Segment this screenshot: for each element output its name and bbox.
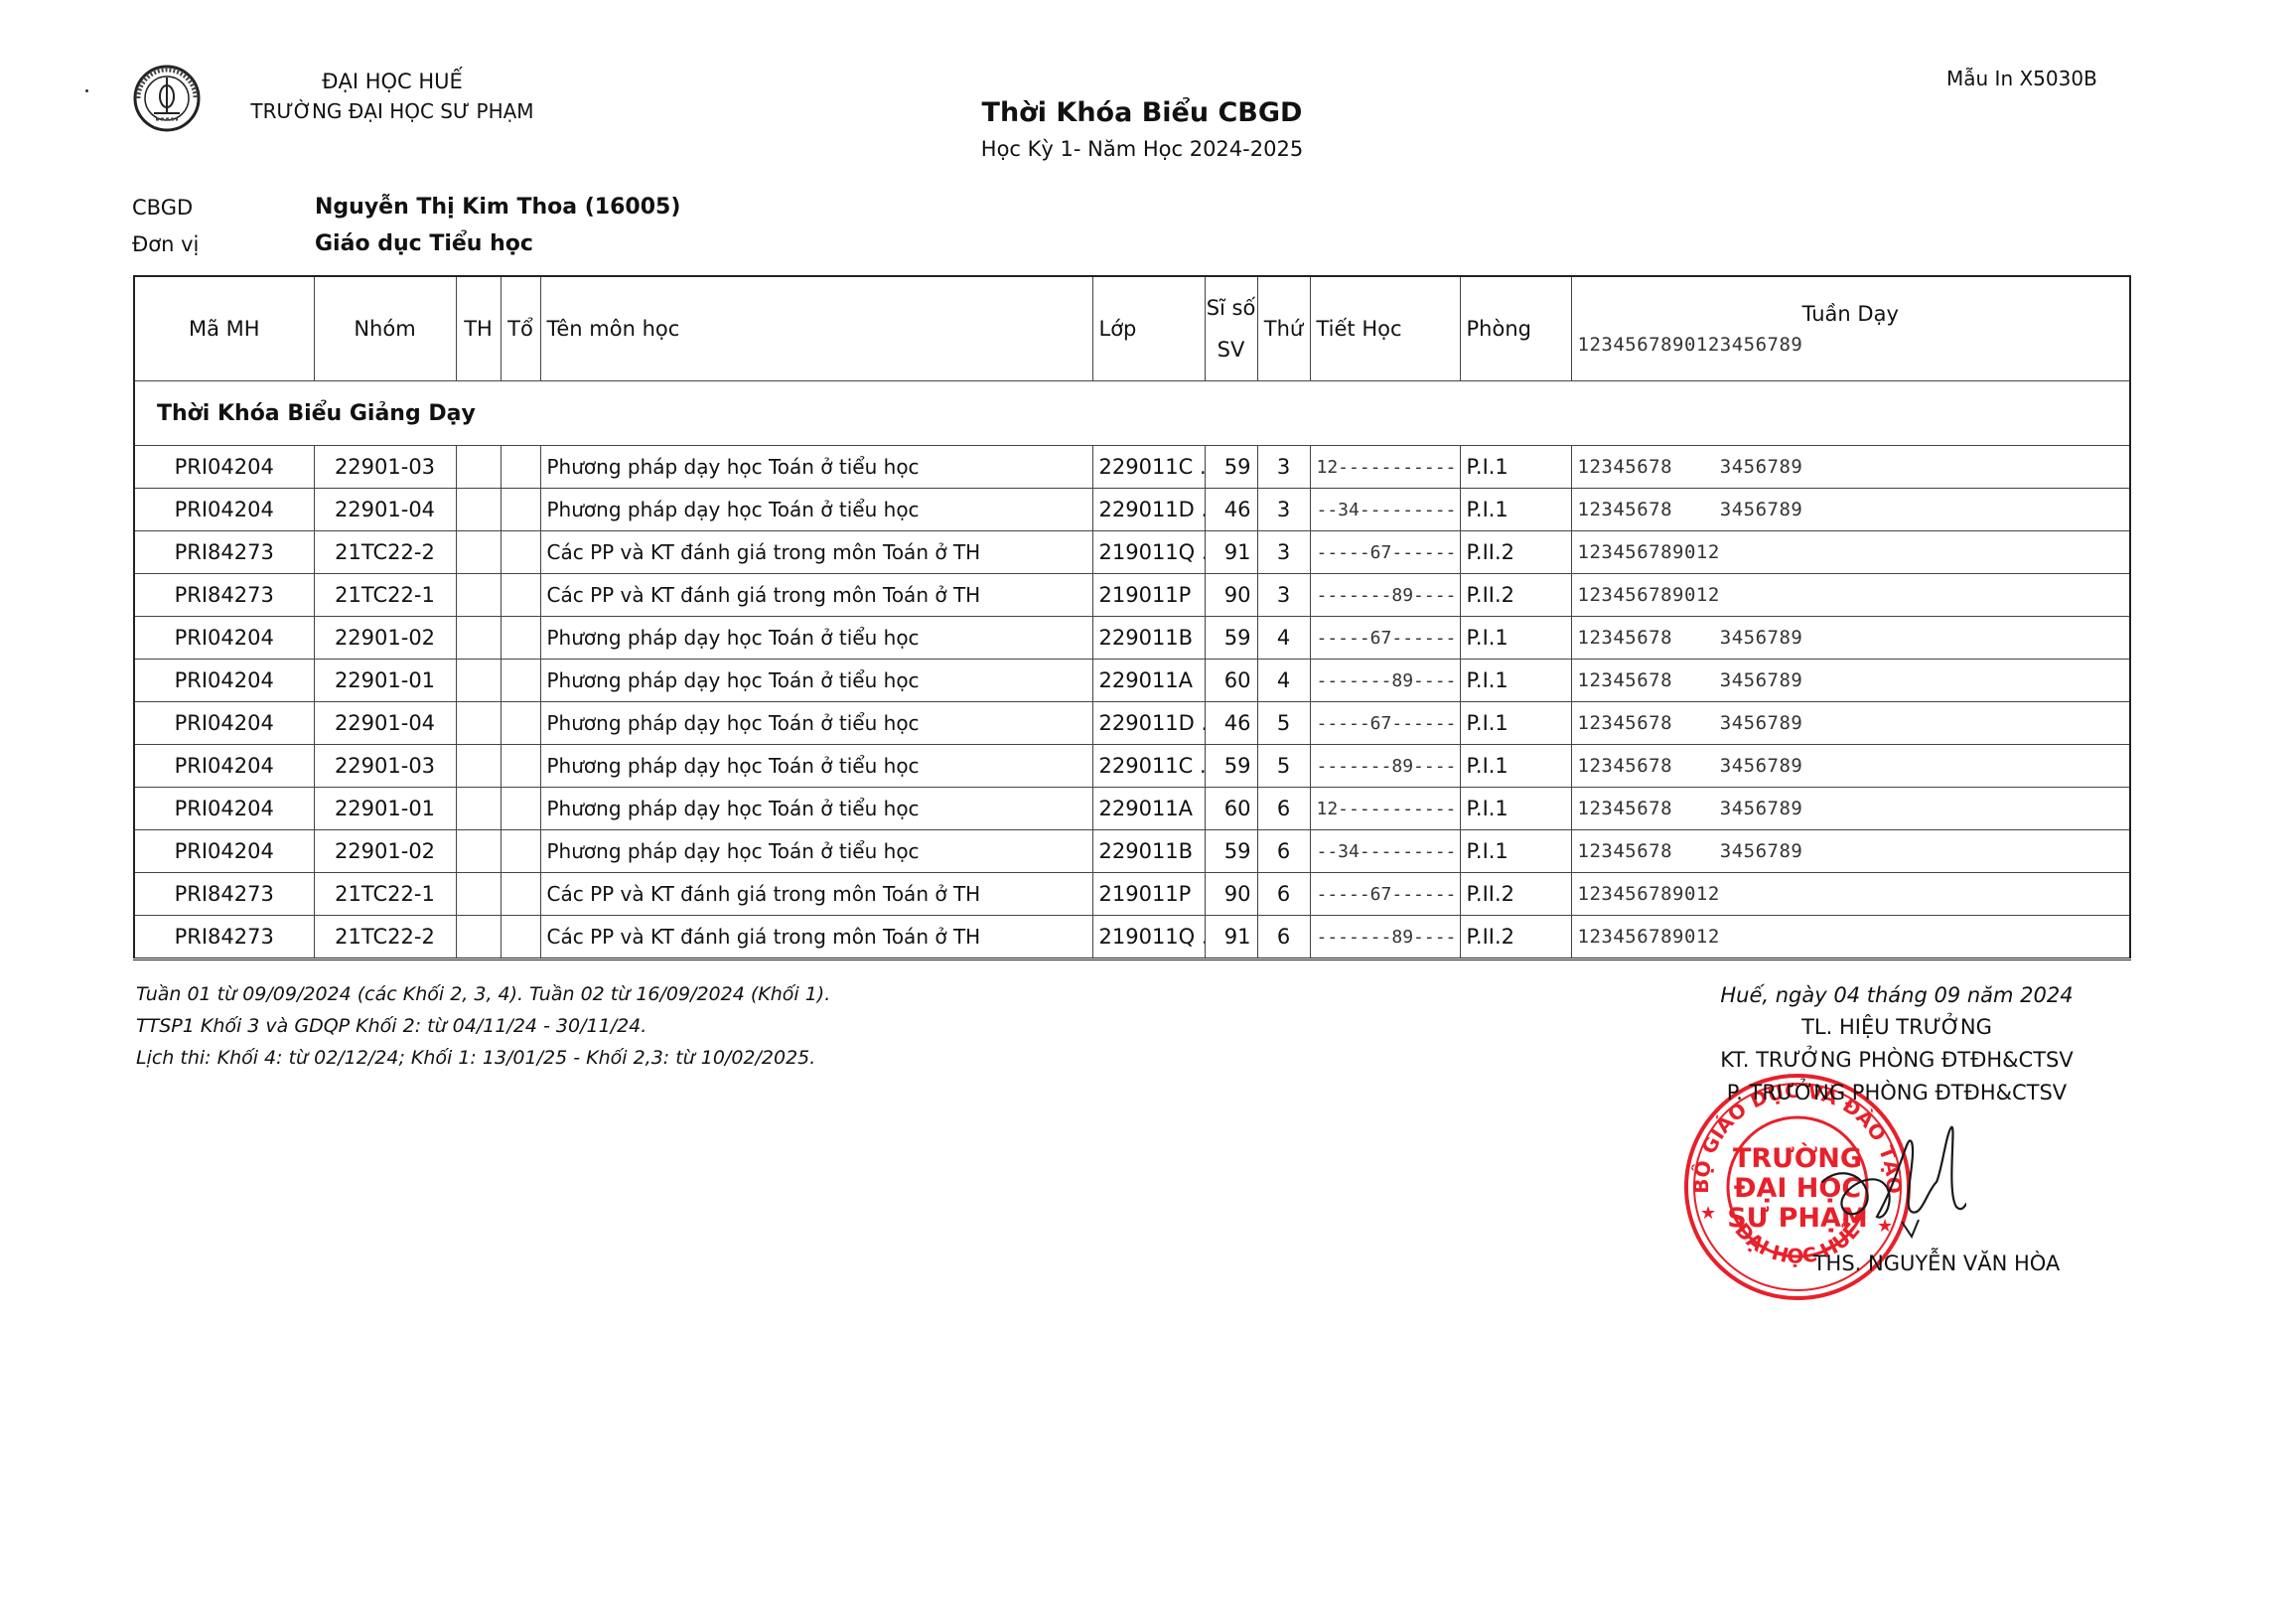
row-th [456,489,501,531]
lecturer-label: CBGD [132,196,193,220]
row-periods: --34--------- [1310,489,1460,531]
row-code: PRI04204 [134,830,314,873]
row-day: 5 [1257,702,1310,745]
row-weeks: 12345678 3456789 [1571,660,2130,702]
row-group: 21TC22-1 [314,873,456,916]
row-code: PRI84273 [134,873,314,916]
section-row: Thời Khóa Biểu Giảng Dạy [134,381,2130,446]
row-class: 229011D ... [1092,489,1205,531]
row-to [501,660,540,702]
row-day: 3 [1257,446,1310,489]
row-code: PRI84273 [134,574,314,617]
row-room: P.II.2 [1460,916,1571,959]
row-day: 3 [1257,489,1310,531]
row-periods: -------89---- [1310,660,1460,702]
row-th [456,531,501,574]
row-to [501,489,540,531]
table-row: PRI0420422901-04Phương pháp dạy học Toán… [134,702,2130,745]
row-th [456,617,501,660]
row-day: 6 [1257,830,1310,873]
row-day: 6 [1257,873,1310,916]
row-room: P.I.1 [1460,702,1571,745]
row-size: 46 [1205,489,1257,531]
col-header-size: Sĩ số SV [1205,276,1257,381]
row-weeks: 12345678 3456789 [1571,489,2130,531]
row-th [456,574,501,617]
university-seal-icon [132,64,202,133]
row-code: PRI04204 [134,446,314,489]
row-subject: Phương pháp dạy học Toán ở tiểu học [540,446,1092,489]
row-room: P.I.1 [1460,489,1571,531]
row-weeks: 12345678 3456789 [1571,617,2130,660]
row-weeks: 12345678 3456789 [1571,830,2130,873]
col-header-to: Tổ [501,276,540,381]
sign-place-date: Huế, ngày 04 tháng 09 năm 2024 [1688,983,2105,1007]
row-periods: -------89---- [1310,745,1460,788]
col-header-periods: Tiết Học [1310,276,1460,381]
note-line-2: TTSP1 Khối 3 và GDQP Khối 2: từ 04/11/24… [136,1015,646,1037]
row-subject: Phương pháp dạy học Toán ở tiểu học [540,830,1092,873]
row-weeks: 12345678 3456789 [1571,745,2130,788]
col-header-th: TH [456,276,501,381]
col-header-room: Phòng [1460,276,1571,381]
row-class: 229011A [1092,660,1205,702]
row-periods: -------89---- [1310,916,1460,959]
row-room: P.II.2 [1460,531,1571,574]
col-header-group: Nhóm [314,276,456,381]
row-periods: -----67------ [1310,873,1460,916]
row-class: 219011Q ... [1092,916,1205,959]
row-to [501,830,540,873]
row-class: 219011P [1092,574,1205,617]
row-weeks: 12345678 3456789 [1571,446,2130,489]
row-class: 229011B [1092,617,1205,660]
col-header-subject: Tên môn học [540,276,1092,381]
row-class: 219011Q ... [1092,531,1205,574]
row-periods: -----67------ [1310,531,1460,574]
org-name-line2: TRƯỜNG ĐẠI HỌC SƯ PHẠM [248,99,536,123]
row-subject: Phương pháp dạy học Toán ở tiểu học [540,745,1092,788]
row-room: P.II.2 [1460,873,1571,916]
row-day: 3 [1257,574,1310,617]
timetable: Mã MH Nhóm TH Tổ Tên môn học Lớp Sĩ số S… [133,275,2131,960]
table-row: PRI8427321TC22-2Các PP và KT đánh giá tr… [134,916,2130,959]
section-title: Thời Khóa Biểu Giảng Dạy [134,381,2130,446]
row-weeks: 123456789012 [1571,531,2130,574]
row-group: 22901-01 [314,788,456,830]
row-subject: Phương pháp dạy học Toán ở tiểu học [540,660,1092,702]
row-day: 3 [1257,531,1310,574]
row-subject: Phương pháp dạy học Toán ở tiểu học [540,702,1092,745]
unit-label: Đơn vị [132,232,199,256]
note-line-3: Lịch thi: Khối 4: từ 02/12/24; Khối 1: 1… [136,1047,815,1069]
row-class: 229011A [1092,788,1205,830]
row-weeks: 123456789012 [1571,873,2130,916]
row-code: PRI84273 [134,531,314,574]
row-size: 60 [1205,788,1257,830]
table-row: PRI0420422901-02Phương pháp dạy học Toán… [134,617,2130,660]
row-th [456,446,501,489]
row-class: 229011C ... [1092,446,1205,489]
row-group: 22901-02 [314,830,456,873]
table-row: PRI0420422901-03Phương pháp dạy học Toán… [134,446,2130,489]
table-row: PRI0420422901-02Phương pháp dạy học Toán… [134,830,2130,873]
row-room: P.I.1 [1460,830,1571,873]
row-to [501,916,540,959]
col-header-class: Lớp [1092,276,1205,381]
row-subject: Các PP và KT đánh giá trong môn Toán ở T… [540,873,1092,916]
col-header-weeks-scale: 1234567890123456789 [1578,334,1803,356]
row-size: 90 [1205,574,1257,617]
row-size: 59 [1205,446,1257,489]
row-th [456,702,501,745]
row-periods: 12----------- [1310,788,1460,830]
row-code: PRI04204 [134,489,314,531]
row-subject: Phương pháp dạy học Toán ở tiểu học [540,489,1092,531]
row-group: 22901-04 [314,702,456,745]
row-code: PRI84273 [134,916,314,959]
row-code: PRI04204 [134,745,314,788]
row-class: 229011C ... [1092,745,1205,788]
row-to [501,702,540,745]
scan-speck [85,89,88,92]
row-day: 4 [1257,617,1310,660]
col-header-weeks-title: Tuần Dạy [1802,302,1899,326]
row-room: P.I.1 [1460,745,1571,788]
row-th [456,916,501,959]
row-code: PRI04204 [134,660,314,702]
row-to [501,446,540,489]
table-row: PRI0420422901-01Phương pháp dạy học Toán… [134,788,2130,830]
table-row: PRI0420422901-01Phương pháp dạy học Toán… [134,660,2130,702]
row-room: P.II.2 [1460,574,1571,617]
row-size: 46 [1205,702,1257,745]
col-header-day: Thứ [1257,276,1310,381]
table-row: PRI8427321TC22-1Các PP và KT đánh giá tr… [134,574,2130,617]
col-header-size-bottom: SV [1218,338,1245,362]
note-line-1: Tuần 01 từ 09/09/2024 (các Khối 2, 3, 4)… [136,983,830,1005]
table-row: PRI0420422901-03Phương pháp dạy học Toán… [134,745,2130,788]
row-code: PRI04204 [134,702,314,745]
row-periods: -------89---- [1310,574,1460,617]
row-periods: --34--------- [1310,830,1460,873]
table-header-row: Mã MH Nhóm TH Tổ Tên môn học Lớp Sĩ số S… [134,276,2130,381]
row-subject: Các PP và KT đánh giá trong môn Toán ở T… [540,916,1092,959]
row-subject: Phương pháp dạy học Toán ở tiểu học [540,788,1092,830]
row-room: P.I.1 [1460,660,1571,702]
row-size: 91 [1205,916,1257,959]
col-header-size-top: Sĩ số [1207,296,1256,320]
row-room: P.I.1 [1460,446,1571,489]
row-group: 21TC22-2 [314,916,456,959]
row-class: 229011D ... [1092,702,1205,745]
row-room: P.I.1 [1460,788,1571,830]
row-group: 22901-03 [314,446,456,489]
row-day: 6 [1257,788,1310,830]
table-row: PRI8427321TC22-2Các PP và KT đánh giá tr… [134,531,2130,574]
row-to [501,531,540,574]
row-th [456,873,501,916]
row-code: PRI04204 [134,617,314,660]
row-periods: 12----------- [1310,446,1460,489]
row-day: 6 [1257,916,1310,959]
row-size: 59 [1205,830,1257,873]
row-group: 22901-01 [314,660,456,702]
row-th [456,788,501,830]
sign-line-3: P. TRƯỞNG PHÒNG ĐTĐH&CTSV [1688,1081,2105,1104]
table-row: PRI8427321TC22-1Các PP và KT đánh giá tr… [134,873,2130,916]
row-subject: Phương pháp dạy học Toán ở tiểu học [540,617,1092,660]
handwritten-signature [1807,1112,1966,1251]
row-size: 59 [1205,745,1257,788]
form-code: Mẫu In X5030B [1946,67,2097,90]
row-th [456,745,501,788]
row-class: 229011B [1092,830,1205,873]
page-title: Thời Khóa Biểu CBGD [894,97,1390,128]
row-size: 91 [1205,531,1257,574]
row-weeks: 12345678 3456789 [1571,788,2130,830]
lecturer-value: Nguyễn Thị Kim Thoa (16005) [315,195,680,220]
row-group: 21TC22-2 [314,531,456,574]
row-periods: -----67------ [1310,617,1460,660]
row-periods: -----67------ [1310,702,1460,745]
row-group: 21TC22-1 [314,574,456,617]
row-size: 59 [1205,617,1257,660]
page-subtitle: Học Kỳ 1- Năm Học 2024-2025 [894,137,1390,161]
row-th [456,660,501,702]
row-day: 5 [1257,745,1310,788]
row-th [456,830,501,873]
row-weeks: 123456789012 [1571,574,2130,617]
row-subject: Các PP và KT đánh giá trong môn Toán ở T… [540,574,1092,617]
row-room: P.I.1 [1460,617,1571,660]
row-size: 90 [1205,873,1257,916]
row-day: 4 [1257,660,1310,702]
timetable-rows: PRI0420422901-03Phương pháp dạy học Toán… [134,446,2130,959]
row-group: 22901-04 [314,489,456,531]
row-subject: Các PP và KT đánh giá trong môn Toán ở T… [540,531,1092,574]
row-class: 219011P [1092,873,1205,916]
row-to [501,788,540,830]
table-row: PRI0420422901-04Phương pháp dạy học Toán… [134,489,2130,531]
row-group: 22901-02 [314,617,456,660]
row-weeks: 123456789012 [1571,916,2130,959]
col-header-weeks: Tuần Dạy 1234567890123456789 [1571,276,2130,381]
sign-line-1: TL. HIỆU TRƯỞNG [1688,1015,2105,1039]
sign-line-2: KT. TRƯỞNG PHÒNG ĐTĐH&CTSV [1688,1048,2105,1072]
signer-name: THS. NGUYỄN VĂN HÒA [1728,1251,2145,1275]
row-to [501,745,540,788]
row-weeks: 12345678 3456789 [1571,702,2130,745]
unit-value: Giáo dục Tiểu học [315,231,533,256]
row-to [501,873,540,916]
row-group: 22901-03 [314,745,456,788]
org-name-line1: ĐẠI HỌC HUẾ [248,70,536,93]
row-to [501,574,540,617]
row-size: 60 [1205,660,1257,702]
col-header-code: Mã MH [134,276,314,381]
row-to [501,617,540,660]
row-code: PRI04204 [134,788,314,830]
svg-text:★: ★ [1700,1203,1716,1224]
